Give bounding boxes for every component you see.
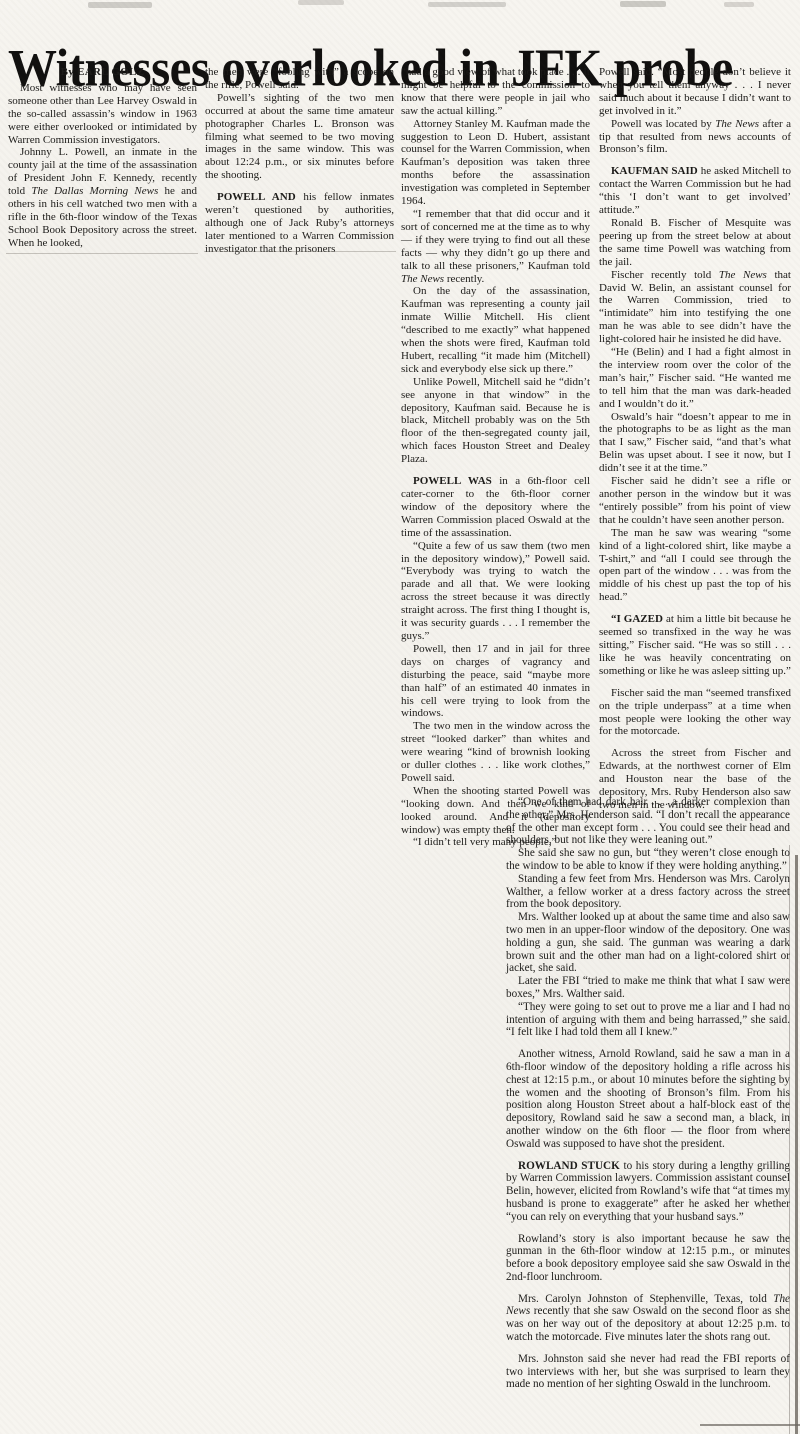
paragraph-run: Rowland’s story is also important becaus…	[506, 1233, 790, 1283]
paragraph-run: Attorney Stanley M. Kaufman made the sug…	[401, 118, 590, 207]
paragraph-run: The News	[719, 269, 767, 281]
byline: By EARL GOLZ	[8, 66, 197, 79]
article-paragraph: She said she saw no gun, but “they weren…	[506, 847, 790, 873]
paragraph-run: Powell’s sighting of the two men occurre…	[205, 92, 394, 181]
paragraph-run: the men were “fooling with” a scope on t…	[205, 66, 394, 91]
paragraph-lead-in: ROWLAND STUCK	[518, 1160, 620, 1172]
article-paragraph: Ronald B. Fischer of Mesquite was peerin…	[599, 217, 791, 269]
article-column-4: Powell said. “Most people don’t believe …	[599, 66, 791, 812]
paragraph-run: Fischer said the man “seemed transfixed …	[599, 687, 791, 738]
paragraph-run: recently.	[444, 273, 484, 285]
paragraph-run: Powell was located by	[611, 118, 715, 130]
paragraph-run: The News	[715, 118, 759, 130]
column-4-text: Powell said. “Most people don’t believe …	[599, 66, 791, 812]
article-paragraph: “Quite a few of us saw them (two men in …	[401, 540, 590, 643]
paragraph-run: “He (Belin) and I had a fight almost in …	[599, 346, 791, 410]
scan-artifact	[428, 2, 506, 7]
article-paragraph: Powell’s sighting of the two men occurre…	[205, 92, 394, 182]
paragraph-run: Powell said. “Most people don’t believe …	[599, 66, 791, 117]
paragraph-run: She said she saw no gun, but “they weren…	[506, 847, 790, 872]
article-paragraph: Powell said. “Most people don’t believe …	[599, 66, 791, 118]
article-paragraph: On the day of the assassination, Kaufman…	[401, 285, 590, 375]
paragraph-lead-in: “I GAZED	[611, 613, 663, 625]
paragraph-run: Mrs. Johnston said she never had read th…	[506, 1353, 790, 1391]
paragraph-run: On the day of the assassination, Kaufman…	[401, 285, 590, 374]
scan-artifact	[724, 2, 754, 7]
paragraph-run: Mrs. Walther looked up at about the same…	[506, 911, 790, 974]
article-paragraph: “He (Belin) and I had a fight almost in …	[599, 346, 791, 411]
article-paragraph: Fischer recently told The News that Davi…	[599, 269, 791, 346]
article-paragraph: “They were going to set out to prove me …	[506, 1001, 790, 1039]
article-paragraph: Rowland’s story is also important becaus…	[506, 1233, 790, 1284]
paragraph-run: The man he saw was wearing “some kind of…	[599, 527, 791, 604]
article-paragraph: “had a good view of what took place . ..…	[401, 66, 590, 118]
paragraph-run: Oswald’s hair “doesn’t appear to me in t…	[599, 411, 791, 475]
article-paragraph: Mrs. Walther looked up at about the same…	[506, 911, 790, 975]
column-rule-right-thin	[789, 845, 790, 1434]
clip-edge-bottom-right	[700, 1424, 800, 1426]
paragraph-run: recently that she saw Oswald on the seco…	[506, 1305, 790, 1343]
paragraph-lead-in: POWELL AND	[217, 191, 296, 203]
paragraph-run: Another witness, Arnold Rowland, said he…	[506, 1048, 790, 1150]
article-paragraph: The man he saw was wearing “some kind of…	[599, 527, 791, 604]
article-paragraph: Standing a few feet from Mrs. Henderson …	[506, 873, 790, 911]
article-paragraph: Mrs. Johnston said she never had read th…	[506, 1353, 790, 1391]
paragraph-run: The News	[401, 273, 444, 285]
paragraph-run: The two men in the window across the str…	[401, 720, 590, 784]
article-paragraph: “I GAZED at him a little bit because he …	[599, 613, 791, 678]
paragraph-run: “had a good view of what took place . ..…	[401, 66, 590, 117]
article-paragraph: Attorney Stanley M. Kaufman made the sug…	[401, 118, 590, 208]
article-paragraph: Later the FBI “tried to make me think th…	[506, 975, 790, 1001]
scan-artifact	[88, 2, 152, 8]
paragraph-run: Fischer said he didn’t see a rifle or an…	[599, 475, 791, 526]
bottom-section-text: “One of them had dark hair . . . a darke…	[506, 796, 790, 1391]
paragraph-run: “They were going to set out to prove me …	[506, 1001, 790, 1039]
article-paragraph: Johnny L. Powell, an inmate in the count…	[8, 146, 197, 249]
column-rule-right	[795, 855, 798, 1434]
newspaper-clipping: Witnesses overlooked in JFK probe By EAR…	[0, 0, 800, 1434]
article-paragraph: The two men in the window across the str…	[401, 720, 590, 785]
article-paragraph: Mrs. Carolyn Johnston of Stephenville, T…	[506, 1293, 790, 1344]
paragraph-lead-in: POWELL WAS	[413, 475, 492, 487]
paragraph-run: Unlike Powell, Mitchell said he “didn’t …	[401, 376, 590, 465]
column-1-text: Most witnesses who may have seen someone…	[8, 82, 197, 250]
paragraph-run: “One of them had dark hair . . . a darke…	[506, 796, 790, 846]
article-paragraph: Unlike Powell, Mitchell said he “didn’t …	[401, 376, 590, 466]
article-paragraph: ROWLAND STUCK to his story during a leng…	[506, 1160, 790, 1224]
article-paragraph: Most witnesses who may have seen someone…	[8, 82, 197, 147]
paragraph-run: “Quite a few of us saw them (two men in …	[401, 540, 590, 642]
article-paragraph: the men were “fooling with” a scope on t…	[205, 66, 394, 92]
article-paragraph: “I remember that that did occur and it s…	[401, 208, 590, 285]
paragraph-run: “I remember that that did occur and it s…	[401, 208, 590, 272]
article-paragraph: POWELL WAS in a 6th-floor cell cater-cor…	[401, 475, 590, 540]
article-paragraph: POWELL AND his fellow inmates weren’t qu…	[205, 191, 394, 256]
article-paragraph: KAUFMAN SAID he asked Mitchell to contac…	[599, 165, 791, 217]
article-paragraph: Powell, then 17 and in jail for three da…	[401, 643, 590, 720]
article-bottom-section: “One of them had dark hair . . . a darke…	[506, 796, 790, 1391]
paragraph-lead-in: KAUFMAN SAID	[611, 165, 698, 177]
article-column-2: the men were “fooling with” a scope on t…	[205, 66, 394, 256]
paragraph-run: Later the FBI “tried to make me think th…	[506, 975, 790, 1000]
paragraph-run: Standing a few feet from Mrs. Henderson …	[506, 873, 790, 911]
article-paragraph: Another witness, Arnold Rowland, said he…	[506, 1048, 790, 1150]
article-paragraph: Fischer said the man “seemed transfixed …	[599, 687, 791, 739]
article-column-1: By EARL GOLZ Most witnesses who may have…	[8, 66, 197, 250]
scan-artifact	[620, 1, 666, 7]
article-paragraph: Fischer said he didn’t see a rifle or an…	[599, 475, 791, 527]
paragraph-run: The Dallas Morning News	[31, 185, 158, 197]
paragraph-run: Mrs. Carolyn Johnston of Stephenville, T…	[518, 1293, 773, 1305]
article-paragraph: “One of them had dark hair . . . a darke…	[506, 796, 790, 847]
article-paragraph: Oswald’s hair “doesn’t appear to me in t…	[599, 411, 791, 476]
paragraph-run: Powell, then 17 and in jail for three da…	[401, 643, 590, 720]
clip-edge-under-column-1	[6, 253, 198, 254]
paragraph-run: Ronald B. Fischer of Mesquite was peerin…	[599, 217, 791, 268]
article-paragraph: Powell was located by The News after a t…	[599, 118, 791, 157]
column-3-text: “had a good view of what took place . ..…	[401, 66, 590, 849]
clip-edge-under-column-2	[204, 251, 396, 252]
paragraph-run: Fischer recently told	[611, 269, 719, 281]
scan-artifact	[298, 0, 344, 5]
column-2-text: the men were “fooling with” a scope on t…	[205, 66, 394, 256]
paragraph-run: Most witnesses who may have seen someone…	[8, 82, 197, 146]
article-column-3: “had a good view of what took place . ..…	[401, 66, 590, 849]
